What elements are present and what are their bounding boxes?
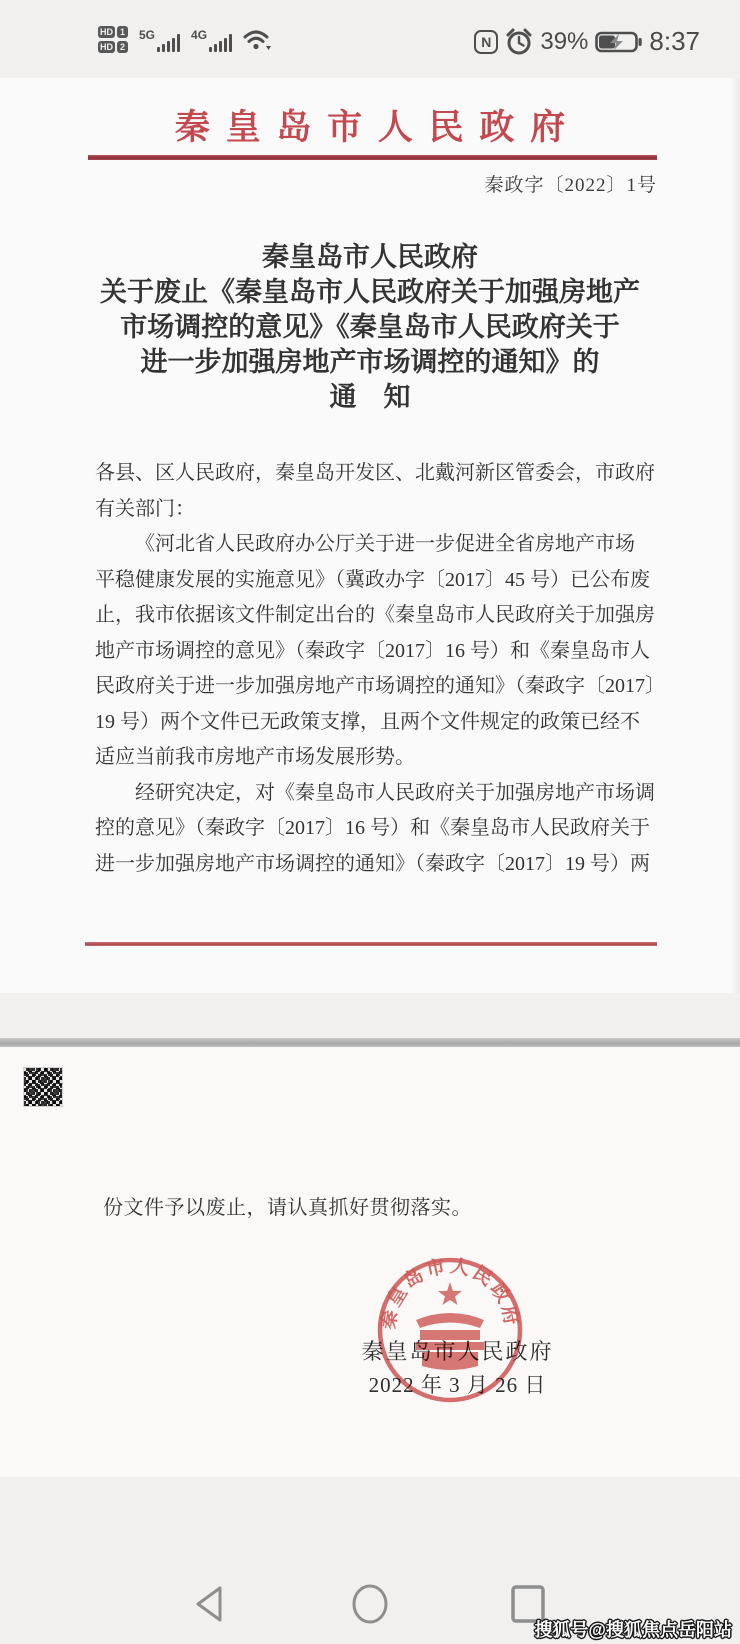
body-line: 《河北省人民政府办公厅关于进一步促进全省房地产市场 [95, 527, 660, 563]
notice-body: 各县、区人民政府，秦皇岛开发区、北戴河新区管委会，市政府 有关部门： 《河北省人… [95, 456, 660, 882]
body-line: 平稳健康发展的实施意见》（冀政办字〔2017〕45 号）已公布废 [95, 563, 660, 599]
letterhead-red-rule [88, 155, 657, 160]
network-type-5g-label: 5G [139, 28, 155, 42]
official-seal: 秦皇岛市人民政府 [350, 1230, 550, 1430]
body-line: 控的意见》（秦政字〔2017〕16 号）和《秦皇岛市人民政府关于 [95, 811, 660, 847]
qr-code [24, 1068, 62, 1106]
body-line: 适应当前我市房地产市场发展形势。 [95, 740, 660, 776]
recipient-line: 各县、区人民政府，秦皇岛开发区、北戴河新区管委会，市政府 [95, 456, 660, 492]
signal-4g: 4G [191, 28, 232, 52]
notice-title-line: 关于废止《秦皇岛市人民政府关于加强房地产 [0, 275, 740, 310]
status-bar: HD 1 HD 2 5G 4G [0, 0, 740, 78]
notice-title-line: 通 知 [0, 380, 740, 415]
alarm-clock-icon [505, 28, 533, 56]
status-bar-right: N 39% 8:37 [474, 26, 700, 57]
body-line: 地产市场调控的意见》（秦政字〔2017〕16 号）和《秦皇岛市人 [95, 634, 660, 670]
body-line: 经研究决定，对《秦皇岛市人民政府关于加强房地产市场调 [95, 776, 660, 812]
hd-volte-badges: HD 1 HD 2 [98, 26, 128, 53]
body-line: 止，我市依据该文件制定出台的《秦皇岛市人民政府关于加强房 [95, 598, 660, 634]
gov-letterhead-title: 秦皇岛市人民政府 [0, 100, 740, 150]
sim2-badge-icon: 2 [117, 41, 128, 53]
phone-screen: HD 1 HD 2 5G 4G [0, 0, 740, 1644]
closing-line: 份文件予以废止，请认真抓好贯彻落实。 [103, 1191, 472, 1220]
signal-bars-icon [157, 32, 180, 52]
body-line: 19 号）两个文件已无政策支撑，且两个文件规定的政策已经不 [95, 705, 660, 741]
document-page-1: 秦皇岛市人民政府 秦政字〔2022〕1号 秦皇岛市人民政府 关于废止《秦皇岛市人… [0, 78, 740, 993]
nfc-icon: N [474, 30, 498, 54]
signal-5g: 5G [139, 28, 180, 52]
nav-home-button[interactable] [348, 1584, 392, 1624]
battery-charging-icon [595, 30, 642, 54]
hd1-badge-icon: HD [98, 26, 115, 38]
body-line: 进一步加强房地产市场调控的通知》（秦政字〔2017〕19 号）两 [95, 847, 660, 883]
network-type-4g-label: 4G [191, 28, 207, 42]
status-bar-left: HD 1 HD 2 5G 4G [98, 26, 272, 53]
notice-title-line: 市场调控的意见》《秦皇岛市人民政府关于 [0, 310, 740, 345]
document-page-2: 份文件予以废止，请认真抓好贯彻落实。 秦皇岛市人民政府 2022 年 3 月 2… [0, 1047, 740, 1477]
clock-time: 8:37 [649, 26, 700, 57]
document-number: 秦政字〔2022〕1号 [95, 170, 657, 197]
sohu-watermark: 搜狐号@搜狐焦点岳阳站 [534, 1616, 732, 1642]
sim1-badge-icon: 1 [117, 26, 128, 38]
signal-bars-icon [209, 32, 232, 52]
body-line: 民政府关于进一步加强房地产市场调控的通知》（秦政字〔2017〕 [95, 669, 660, 705]
notice-title-line: 秦皇岛市人民政府 [0, 240, 740, 275]
notice-title: 秦皇岛市人民政府 关于废止《秦皇岛市人民政府关于加强房地产 市场调控的意见》《秦… [0, 240, 740, 415]
seal-emblem-icon [416, 1282, 484, 1370]
recipient-line: 有关部门： [95, 492, 660, 528]
nav-back-button[interactable] [190, 1584, 234, 1624]
hd2-badge-icon: HD [98, 41, 115, 53]
wifi-icon [242, 28, 272, 52]
notice-title-line: 进一步加强房地产市场调控的通知》的 [0, 345, 740, 380]
footer-red-rule [85, 942, 657, 946]
page-break-divider [0, 1038, 740, 1047]
battery-percent: 39% [540, 28, 588, 56]
